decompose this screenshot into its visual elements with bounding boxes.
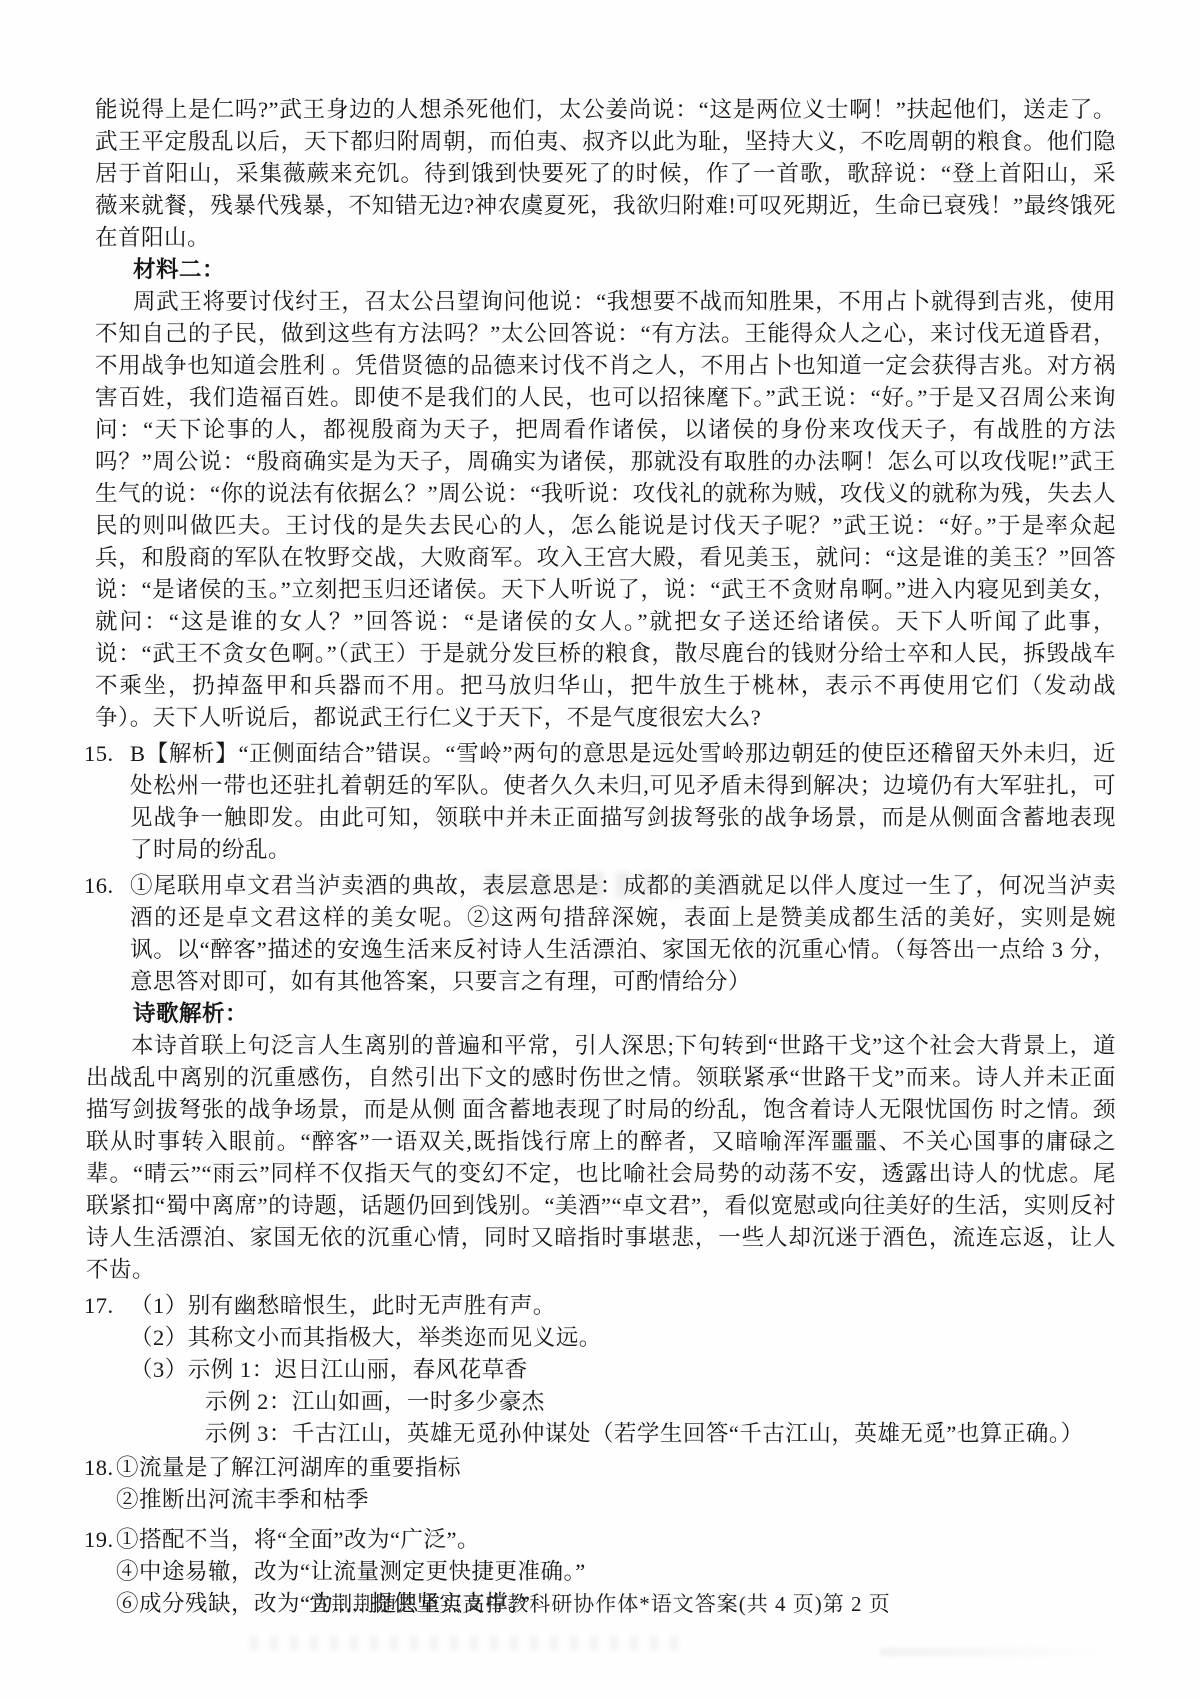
- answer-text-16: ①尾联用卓文君当泸卖酒的典故，表层意思是：成都的美酒就足以伴人度过一生了，何况当…: [130, 873, 1116, 994]
- page-footer: 宜荆荆随恩重点高中教科研协作体*语文答案(共 4 页)第 2 页: [0, 1588, 1200, 1618]
- material1-continuation-paragraph: 能说得上是仁吗?”武王身边的人想杀死他们，太公姜尚说：“这是两位义士啊！”扶起他…: [95, 94, 1116, 254]
- question-number-19: 19.: [84, 1524, 126, 1556]
- answer-line: 示例 2：江山如画，一时多少豪杰: [205, 1386, 1116, 1418]
- answer-item-16: 16.①尾联用卓文君当泸卖酒的典故，表层意思是：成都的美酒就足以伴人度过一生了，…: [86, 870, 1116, 998]
- poem-analysis-paragraph: 本诗首联上句泛言人生离别的普遍和平常，引人深思;下句转到“世路干戈”这个社会大背…: [86, 1030, 1116, 1286]
- question-number-17: 17.: [84, 1290, 126, 1322]
- answer-text-15: B【解析】“正侧面结合”错误。“雪岭”两句的意思是远处雪岭那边朝廷的使臣还稽留天…: [130, 741, 1116, 862]
- question-number-18: 18.: [84, 1452, 126, 1484]
- answer-line: ④中途易辙，改为“让流量测定更快捷更准确。”: [116, 1556, 1116, 1588]
- answer-line: （2）其称文小而其指极大，举类迩而见义远。: [130, 1322, 1116, 1354]
- scan-artifact: [250, 1636, 680, 1650]
- material2-heading: 材料二：: [133, 254, 1116, 286]
- answer-line: ①流量是了解江河湖库的重要指标: [116, 1452, 1116, 1484]
- page-content: 能说得上是仁吗?”武王身边的人想杀死他们，太公姜尚说：“这是两位义士啊！”扶起他…: [86, 94, 1116, 1620]
- answer-line: （1）别有幽愁暗恨生，此时无声胜有声。: [130, 1290, 1116, 1322]
- material2-paragraph: 周武王将要讨伐纣王，召太公吕望询问他说：“我想要不战而知胜果，不用占卜就得到吉兆…: [95, 286, 1116, 734]
- question-number-16: 16.: [84, 870, 126, 902]
- poem-analysis-heading: 诗歌解析：: [133, 998, 1116, 1030]
- answer-line: ①搭配不当，将“全面”改为“广泛”。: [116, 1524, 1116, 1556]
- answer-item-18: 18. ①流量是了解江河湖库的重要指标 ②推断出河流丰季和枯季: [86, 1452, 1116, 1516]
- answer-item-15: 15.B【解析】“正侧面结合”错误。“雪岭”两句的意思是远处雪岭那边朝廷的使臣还…: [86, 738, 1116, 866]
- scan-artifact: [880, 1648, 1110, 1656]
- answer-item-17: 17. （1）别有幽愁暗恨生，此时无声胜有声。 （2）其称文小而其指极大，举类迩…: [86, 1290, 1116, 1450]
- answer-sheet-page: 能说得上是仁吗?”武王身边的人想杀死他们，太公姜尚说：“这是两位义士啊！”扶起他…: [0, 0, 1200, 1699]
- answer-line: （3）示例 1：迟日江山丽，春风花草香: [130, 1354, 1116, 1386]
- question-number-15: 15.: [84, 738, 126, 770]
- answer-line: 示例 3：千古江山，英雄无觅孙仲谋处（若学生回答“千古江山，英雄无觅”也算正确。…: [205, 1418, 1116, 1450]
- answer-line: ②推断出河流丰季和枯季: [116, 1484, 1116, 1516]
